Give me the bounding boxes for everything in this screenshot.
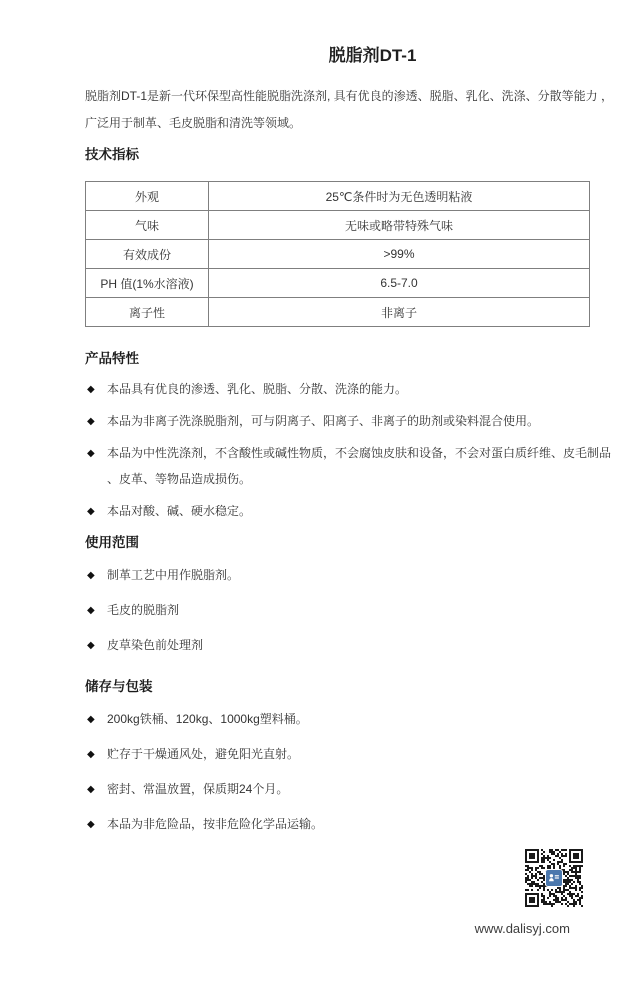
list-item: ◆ 贮存于干燥通风处，避免阳光直射。: [85, 744, 590, 764]
spec-value: >99%: [209, 240, 590, 269]
diamond-bullet-icon: ◆: [87, 380, 95, 400]
section-heading-storage: 储存与包装: [85, 679, 590, 695]
list-item: ◆ 本品为中性洗涤剂，不含酸性或碱性物质，不会腐蚀皮肤和设备，不会对蛋白质纤维、…: [85, 443, 590, 489]
section-heading-specs: 技术指标: [85, 147, 590, 163]
spec-label: 气味: [86, 211, 209, 240]
table-row: 外观 25℃条件时为无色透明粘液: [86, 182, 590, 211]
diamond-bullet-icon: ◆: [87, 780, 95, 800]
table-row: PH 值(1%水溶液) 6.5-7.0: [86, 269, 590, 298]
list-item: ◆ 本品具有优良的渗透、乳化、脱脂、分散、洗涤的能力。: [85, 379, 590, 399]
spec-value: 25℃条件时为无色透明粘液: [209, 182, 590, 211]
spec-value: 无味或略带特殊气味: [209, 211, 590, 240]
spec-label: 离子性: [86, 298, 209, 327]
spec-label: PH 值(1%水溶液): [86, 269, 209, 298]
section-heading-features: 产品特性: [85, 351, 590, 367]
section-heading-usage: 使用范围: [85, 535, 590, 551]
diamond-bullet-icon: ◆: [87, 502, 95, 522]
document-page: 脱脂剂DT-1 脱脂剂DT-1是新一代环保型高性能脱脂洗涤剂, 具有优良的渗透、…: [0, 45, 640, 937]
diamond-bullet-icon: ◆: [87, 710, 95, 730]
intro-paragraph: 脱脂剂DT-1是新一代环保型高性能脱脂洗涤剂, 具有优良的渗透、脱脂、乳化、洗涤…: [85, 83, 590, 137]
list-item: ◆ 毛皮的脱脂剂: [85, 600, 590, 620]
qr-logo-glyph-icon: [548, 872, 560, 884]
diamond-bullet-icon: ◆: [87, 412, 95, 432]
spec-value: 6.5-7.0: [209, 269, 590, 298]
list-item-text: 密封、常温放置，保质期24个月。: [107, 779, 590, 799]
list-item-text: 、皮革、等物品造成损伤。: [107, 469, 590, 489]
specs-table: 外观 25℃条件时为无色透明粘液 气味 无味或略带特殊气味 有效成份 >99% …: [85, 181, 590, 327]
list-item: ◆ 皮草染色前处理剂: [85, 635, 590, 655]
list-item-text: 毛皮的脱脂剂: [107, 600, 590, 620]
list-item-text: 皮草染色前处理剂: [107, 635, 590, 655]
list-item: ◆ 200kg铁桶、120kg、1000kg塑料桶。: [85, 709, 590, 729]
features-list: ◆ 本品具有优良的渗透、乳化、脱脂、分散、洗涤的能力。 ◆ 本品为非离子洗涤脱脂…: [85, 379, 590, 521]
diamond-bullet-icon: ◆: [87, 745, 95, 765]
page-title: 脱脂剂DT-1: [85, 45, 590, 67]
list-item-text: 贮存于干燥通风处，避免阳光直射。: [107, 744, 590, 764]
diamond-bullet-icon: ◆: [87, 601, 95, 621]
list-item-text: 制革工艺中用作脱脂剂。: [107, 565, 590, 585]
list-item: ◆ 本品对酸、碱、硬水稳定。: [85, 501, 590, 521]
table-row: 有效成份 >99%: [86, 240, 590, 269]
list-item-text: 本品具有优良的渗透、乳化、脱脂、分散、洗涤的能力。: [107, 379, 590, 399]
table-row: 离子性 非离子: [86, 298, 590, 327]
spec-label: 外观: [86, 182, 209, 211]
list-item: ◆ 密封、常温放置，保质期24个月。: [85, 779, 590, 799]
spec-value: 非离子: [209, 298, 590, 327]
spec-label: 有效成份: [86, 240, 209, 269]
footer: www.dalisyj.com: [85, 849, 590, 937]
list-item-text: 本品对酸、碱、硬水稳定。: [107, 501, 590, 521]
qr-center-logo: [545, 869, 563, 887]
table-row: 气味 无味或略带特殊气味: [86, 211, 590, 240]
list-item-text: 本品为中性洗涤剂，不含酸性或碱性物质，不会腐蚀皮肤和设备，不会对蛋白质纤维、皮毛…: [107, 443, 590, 463]
usage-list: ◆ 制革工艺中用作脱脂剂。 ◆ 毛皮的脱脂剂 ◆ 皮草染色前处理剂: [85, 565, 590, 655]
list-item: ◆ 制革工艺中用作脱脂剂。: [85, 565, 590, 585]
diamond-bullet-icon: ◆: [87, 444, 95, 464]
website-url: www.dalisyj.com: [85, 921, 570, 937]
list-item: ◆ 本品为非危险品，按非危险化学品运输。: [85, 814, 590, 834]
list-item-text: 本品为非离子洗涤脱脂剂，可与阴离子、阳离子、非离子的助剂或染料混合使用。: [107, 411, 590, 431]
qr-code: [525, 849, 583, 907]
diamond-bullet-icon: ◆: [87, 815, 95, 835]
diamond-bullet-icon: ◆: [87, 636, 95, 656]
storage-list: ◆ 200kg铁桶、120kg、1000kg塑料桶。 ◆ 贮存于干燥通风处，避免…: [85, 709, 590, 834]
list-item-text: 本品为非危险品，按非危险化学品运输。: [107, 814, 590, 834]
diamond-bullet-icon: ◆: [87, 566, 95, 586]
list-item: ◆ 本品为非离子洗涤脱脂剂，可与阴离子、阳离子、非离子的助剂或染料混合使用。: [85, 411, 590, 431]
intro-line: 广泛用于制革、毛皮脱脂和清洗等领域。: [85, 110, 590, 137]
intro-line: 脱脂剂DT-1是新一代环保型高性能脱脂洗涤剂, 具有优良的渗透、脱脂、乳化、洗涤…: [85, 83, 590, 110]
list-item-text: 200kg铁桶、120kg、1000kg塑料桶。: [107, 709, 590, 729]
